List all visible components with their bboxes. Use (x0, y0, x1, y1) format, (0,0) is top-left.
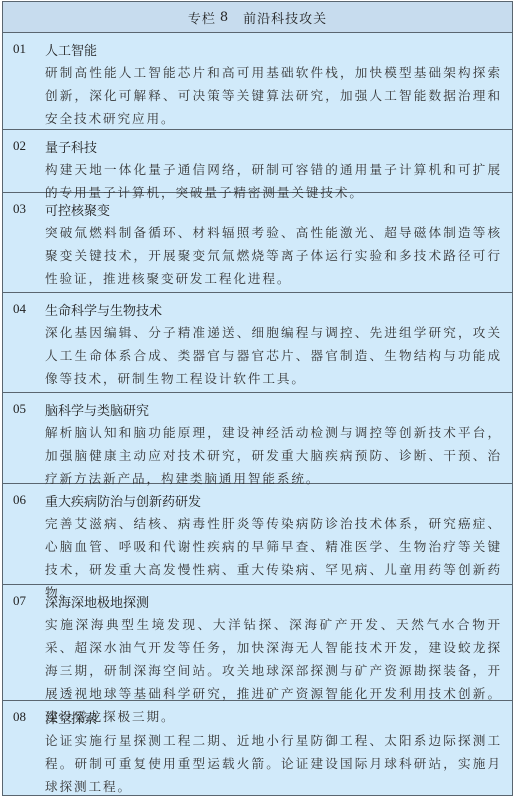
section-body: 深化基因编辑、分子精准递送、细胞编程与调控、先进组学研究，攻关人工生命体系合成、… (45, 321, 502, 390)
section-deep-space: 08深空探索 论证实施行星探测工程二期、近地小行星防御工程、太阳系边际探测工程。… (3, 701, 512, 796)
section-life-science: 04生命科学与生物技术 深化基因编辑、分子精准递送、细胞编程与调控、先进组学研究… (3, 293, 512, 393)
section-ai: 01人工智能 研制高性能人工智能芯片和高可用基础软件栈，加快模型基础架构探索创新… (3, 33, 512, 130)
section-number: 03 (13, 201, 45, 217)
section-brain-science: 05脑科学与类脑研究 解析脑认知和脑功能原理，建设神经活动检测与调控等创新技术平… (3, 393, 512, 484)
section-deep-sea-earth-polar: 07深海深地极地探测 实施深海典型生境发现、大洋钻探、深海矿产开发、天然气水合物… (3, 585, 512, 701)
section-number: 06 (13, 492, 45, 508)
header-number: 8 (220, 10, 229, 25)
section-number: 04 (13, 301, 45, 317)
section-title: 人工智能 (45, 40, 97, 59)
section-number: 01 (13, 41, 45, 57)
section-fusion: 03可控核聚变 突破氚燃料制备循环、材料辐照考验、高性能激光、超导磁体制造等核聚… (3, 193, 512, 293)
section-disease-drugs: 06重大疾病防治与创新药研发 完善艾滋病、结核、病毒性肝炎等传染病防诊治技术体系… (3, 484, 512, 585)
header-label: 专栏 (188, 8, 216, 27)
section-body: 突破氚燃料制备循环、材料辐照考验、高性能激光、超导磁体制造等核聚变关键技术，开展… (45, 221, 502, 290)
section-number: 02 (13, 138, 45, 154)
header-title: 前沿科技攻关 (243, 8, 327, 27)
section-body: 解析脑认知和脑功能原理，建设神经活动检测与调控等创新技术平台，加强脑健康主动应对… (45, 421, 502, 490)
section-title: 深空探索 (45, 708, 97, 727)
section-quantum: 02量子科技 构建天地一体化量子通信网络，研制可容错的通用量子计算机和可扩展的专… (3, 130, 512, 193)
feature-box: 专栏 8 前沿科技攻关 01人工智能 研制高性能人工智能芯片和高可用基础软件栈，… (2, 1, 513, 796)
section-title: 量子科技 (45, 137, 97, 156)
box-header: 专栏 8 前沿科技攻关 (3, 2, 512, 33)
section-body: 研制高性能人工智能芯片和高可用基础软件栈，加快模型基础架构探索创新，深化可解释、… (45, 61, 502, 130)
section-number: 07 (13, 593, 45, 609)
section-number: 08 (13, 709, 45, 725)
section-title: 可控核聚变 (45, 200, 110, 219)
section-title: 生命科学与生物技术 (45, 300, 162, 319)
section-title: 脑科学与类脑研究 (45, 400, 149, 419)
section-number: 05 (13, 401, 45, 417)
section-body: 论证实施行星探测工程二期、近地小行星防御工程、太阳系边际探测工程。研制可重复使用… (45, 729, 502, 798)
section-title: 深海深地极地探测 (45, 592, 149, 611)
section-title: 重大疾病防治与创新药研发 (45, 491, 201, 510)
